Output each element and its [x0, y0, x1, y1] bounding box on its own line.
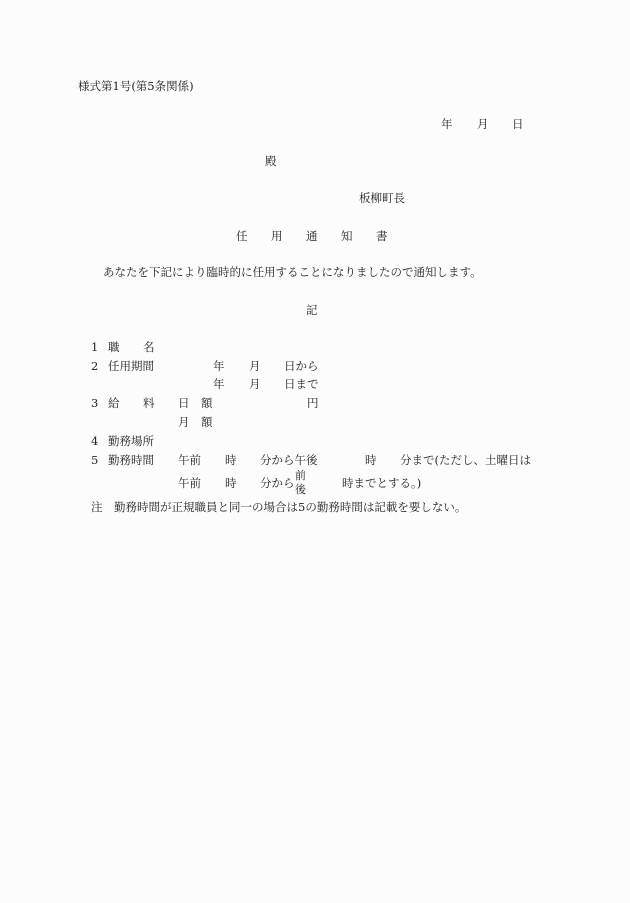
item-label: 料	[143, 398, 155, 410]
ki-heading: 記	[306, 305, 318, 317]
hours-hour: 時	[225, 455, 237, 467]
title-char: 知	[341, 231, 353, 243]
daily-label: 額	[201, 398, 213, 410]
hours-until: 分まで(ただし、土曜日は	[400, 455, 531, 467]
item-number: 4	[91, 436, 98, 448]
period-to-day: 日まで	[284, 379, 319, 391]
date-day: 日	[512, 119, 524, 131]
ampm-choice: 前 後	[295, 470, 306, 495]
yen-unit: 円	[307, 398, 319, 410]
saturday-hour: 時	[225, 478, 237, 490]
hours-from: 分から午後	[260, 455, 318, 467]
date-year: 年	[441, 119, 453, 131]
monthly-label: 額	[201, 417, 213, 429]
body-text: あなたを下記により臨時的に任用することになりましたので通知します。	[103, 267, 482, 279]
item-label: 名	[143, 342, 155, 354]
saturday-am: 午前	[178, 478, 201, 490]
item-label: 勤務時間	[108, 455, 154, 467]
daily-label: 日	[178, 398, 190, 410]
title-char: 任	[236, 231, 248, 243]
addressee-suffix: 殿	[265, 156, 277, 168]
form-label: 様式第1号(第5条関係)	[78, 81, 194, 93]
title-char: 書	[376, 231, 388, 243]
period-from-month: 月	[249, 361, 261, 373]
item-label: 職	[108, 342, 120, 354]
title-char: 通	[306, 231, 318, 243]
period-from-day: 日から	[284, 361, 319, 373]
item-number: 2	[91, 361, 98, 373]
item-number: 3	[91, 398, 98, 410]
hours-am: 午前	[178, 455, 201, 467]
saturday-until: 時までとする。)	[342, 478, 421, 490]
item-number: 1	[91, 342, 98, 354]
ampm-top: 前	[295, 470, 306, 481]
issuer: 板柳町長	[359, 193, 405, 205]
date-month: 月	[477, 119, 489, 131]
item-label: 給	[108, 398, 120, 410]
note: 注 勤務時間が正規職員と同一の場合は5の勤務時間は記載を要しない。	[91, 502, 466, 514]
title-char: 用	[271, 231, 283, 243]
period-from-year: 年	[213, 361, 225, 373]
period-to-year: 年	[213, 379, 225, 391]
monthly-label: 月	[178, 417, 190, 429]
period-to-month: 月	[249, 379, 261, 391]
item-label: 勤務場所	[108, 436, 154, 448]
item-number: 5	[91, 455, 98, 467]
saturday-from: 分から	[260, 478, 295, 490]
hours-hour2: 時	[365, 455, 377, 467]
ampm-bottom: 後	[295, 484, 306, 495]
item-label: 任用期間	[108, 361, 154, 373]
